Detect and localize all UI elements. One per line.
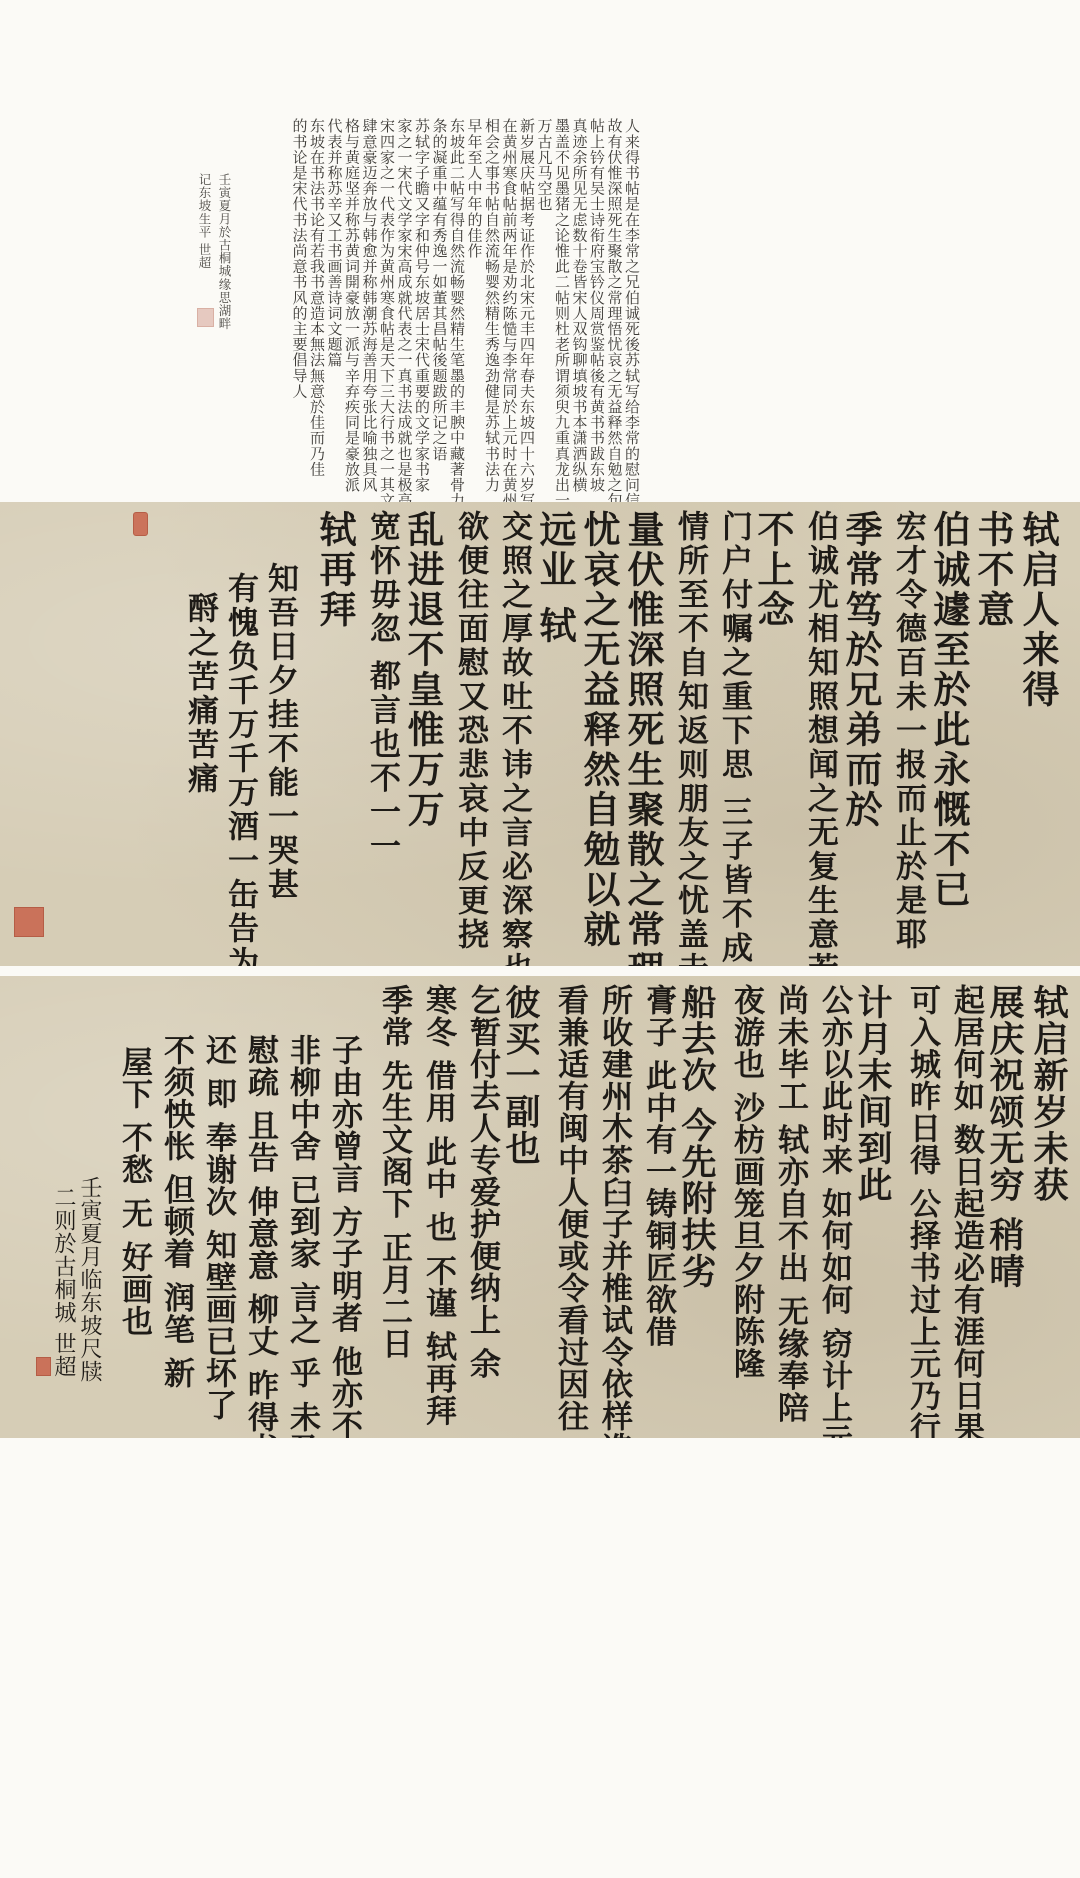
colophon-column: 代表并称苏辛又工书画善诗词文题篇 — [325, 118, 343, 478]
colophon-column: 东坡此二帖写得自然流畅婴然精生笔墨的丰腴中藏著骨力线 — [448, 118, 466, 478]
calligraphy-column: 忧哀之无益释然自勉以就 — [577, 502, 621, 966]
colophon-column: 故有伏惟深照死生聚散之常理悟忧哀之无益释然自勉之句 — [605, 118, 623, 478]
calligraphy-column: 轼启人来得 — [1015, 502, 1060, 966]
calligraphy-signature-column: 二则於古桐城 世超 — [48, 976, 74, 1438]
colophon-column: 墨盖不见墨猪之论惟此二帖则杜老所谓须臾九重真龙出一洗 — [553, 118, 571, 478]
colophon-column: 真迹余所见无虑数十卷皆宋人双钩聊填坡书本潇洒纵横 — [570, 118, 588, 478]
colophon-column: 格与黄庭坚并称苏黄词開豪放一派与辛弃疾同是豪放派 — [343, 118, 361, 478]
calligraphy-column: 看兼适有闽中人便或令看过因往 — [542, 976, 586, 1438]
calligraphy-column: 彼买一副也 — [498, 976, 542, 1438]
colophon-column: 新岁展庆帖据考证作於北宋元丰四年春夫东坡四十六岁写 — [518, 118, 536, 478]
calligraphy-column: 船去次 今先附扶劣 — [674, 976, 718, 1438]
calligraphy-column: 伯诚尤相知照想闻之无复生意若 — [795, 502, 839, 966]
calligraphy-column: 量伏惟深照死生聚散之常理悟 — [621, 502, 665, 966]
calligraphy-column: 尚未毕工 轼亦自不出 无缘奉陪 — [762, 976, 806, 1438]
calligraphy-column: 交照之厚故吐不讳之言必深察也本 — [489, 502, 533, 966]
upper-calligraphy-scroll: 轼启人来得 书不意 伯诚遽至於此永慨不已 宏才令德百未一报而止於是耶 季常笃於兄… — [0, 502, 1080, 966]
signature-column: 记东坡生平 世超 — [195, 173, 213, 330]
calligraphy-column: 还 即 奉谢次 知壁画已坏了 — [192, 976, 234, 1438]
colophon-column: 条的凝重中蕴有秀逸一如董其昌帖後题跋所记之语 — [430, 118, 448, 478]
lower-calligraphy-scroll: 轼启新岁未获 展庆祝颂无穷 稍晴 起居何如 数日起造必有涯何日果 可入城昨日得 … — [0, 976, 1080, 1438]
calligraphy-column: 轼再拜 — [299, 502, 357, 966]
calligraphy-column: 有愧负千万千万酒一缶告为一 — [219, 502, 259, 966]
calligraphy-column: 可入城昨日得 公择书过上元乃行 — [894, 976, 938, 1438]
calligraphy-column: 不须怏怅 但顿着 润笔 新 — [150, 976, 192, 1438]
calligraphy-column: 宽怀毋忽 都言也不一一 — [357, 502, 401, 966]
calligraphy-column: 情所至不自知返则朋友之忧盖未可 — [665, 502, 709, 966]
calligraphy-column: 季常 先生文阁下 正月二日 — [360, 976, 410, 1438]
colophon-column: 在黄州寒食帖前两年是劝约陈慥与李常同於上元时在黄州 — [500, 118, 518, 478]
calligraphy-column: 夜游也 沙枋画笼旦夕附陈隆 — [718, 976, 762, 1438]
colophon-signature: 壬寅夏月於古桐城缘思湖畔 记东坡生平 世超 — [195, 173, 233, 330]
colophon-text-block: 人来得书帖是在李常之兄伯诚死後苏轼写给李常的慰问信 故有伏惟深照死生聚散之常理悟… — [195, 118, 640, 478]
calligraphy-column: 知吾日夕挂不能一哭甚 — [259, 502, 299, 966]
colophon-column: 宋四家之一代表作为黄州寒食帖是天下三大行书之一其文汪洋 — [378, 118, 396, 478]
calligraphy-column: 膏子 此中有一铸铜匠欲借 — [630, 976, 674, 1438]
calligraphy-column: 不上念 — [753, 502, 795, 966]
colophon-column: 相会之事书帖自然流畅婴然精生秀逸劲健是苏轼书法力 — [483, 118, 501, 478]
lower-scroll-columns: 轼启新岁未获 展庆祝颂无穷 稍晴 起居何如 数日起造必有涯何日果 可入城昨日得 … — [48, 976, 1070, 1438]
seal-top-left — [133, 512, 148, 536]
calligraphy-column: 计月末间到此 — [850, 976, 894, 1438]
calligraphy-column: 子由亦曾言 方子明者 他亦不甚怪也 得 — [318, 976, 360, 1438]
colophon-seal — [197, 308, 214, 327]
calligraphy-column: 展庆祝颂无穷 稍晴 — [982, 976, 1026, 1438]
calligraphy-column: 欲便往面慰又恐悲哀中反更挠 — [445, 502, 489, 966]
colophon-column: 家之一宋代文学家宋高成就代表之一真书法成就也是极高的为 — [395, 118, 413, 478]
seal-bottom-left — [14, 907, 44, 937]
calligraphy-column: 酹之苦痛苦痛 — [179, 502, 219, 966]
colophon-column: 苏轼字子瞻又字和仲号东坡居士宋代重要的文学家书家 — [413, 118, 431, 478]
calligraphy-column: 远业 轼 — [533, 502, 577, 966]
calligraphy-column: 公亦以此时来 如何如何 窃计上元起造 — [806, 976, 850, 1438]
calligraphy-column: 所收建州木茶臼子并椎试令依样造 — [586, 976, 630, 1438]
colophon-column: 万古凡马空也 — [535, 118, 553, 478]
calligraphy-column: 乞暂付去人专爱护便纳上 余 — [454, 976, 498, 1438]
colophon-body: 人来得书帖是在李常之兄伯诚死後苏轼写给李常的慰问信 故有伏惟深照死生聚散之常理悟… — [275, 118, 640, 478]
colophon-column: 的书论是宋代书法尚意书风的主要倡导人 — [290, 118, 308, 478]
calligraphy-signature-column: 壬寅夏月临东坡尺牍 — [74, 976, 100, 1438]
signature-column: 壬寅夏月於古桐城缘思湖畔 — [215, 173, 233, 330]
calligraphy-column: 轼启新岁未获 — [1026, 976, 1070, 1438]
colophon-column: 帖上钤有吴士诗衔府宝钤仪周赏鉴帖後有黄书书跋东坡 — [588, 118, 606, 478]
calligraphy-column: 书不意 — [971, 502, 1015, 966]
calligraphy-column: 寒冬 借用 此中 也 不谨 轼再拜 — [410, 976, 454, 1438]
upper-scroll-columns: 轼启人来得 书不意 伯诚遽至於此永慨不已 宏才令德百未一报而止於是耶 季常笃於兄… — [179, 502, 1060, 966]
calligraphy-column: 季常笃於兄弟而於 — [839, 502, 883, 966]
calligraphy-column: 乱进退不皇惟万万 — [401, 502, 445, 966]
calligraphy-column: 伯诚遽至於此永慨不已 — [927, 502, 971, 966]
colophon-column: 人来得书帖是在李常之兄伯诚死後苏轼写给李常的慰问信 — [623, 118, 641, 478]
calligraphy-column: 起居何如 数日起造必有涯何日果 — [938, 976, 982, 1438]
colophon-column: 早年至人中年的佳作 — [465, 118, 483, 478]
calligraphy-column: 屋下 不愁 无 好画也 — [100, 976, 150, 1438]
calligraphy-column: 宏才令德百未一报而止於是耶 — [883, 502, 927, 966]
calligraphy-column: 慰疏 且告 伸意意 柳丈 昨得书 人 — [234, 976, 276, 1438]
calligraphy-column: 门户付嘱之重下思 三子皆不成立任 — [709, 502, 753, 966]
calligraphy-column: 非柳中舍 已到家 言之 乎 未及奉 — [276, 976, 318, 1438]
colophon-column: 东坡在书法书论有若我书意造本無法無意於佳而乃佳 — [308, 118, 326, 478]
colophon-column: 肆意豪迈奔放与韩愈并称韩潮苏海善用夸张比喻独具风 — [360, 118, 378, 478]
